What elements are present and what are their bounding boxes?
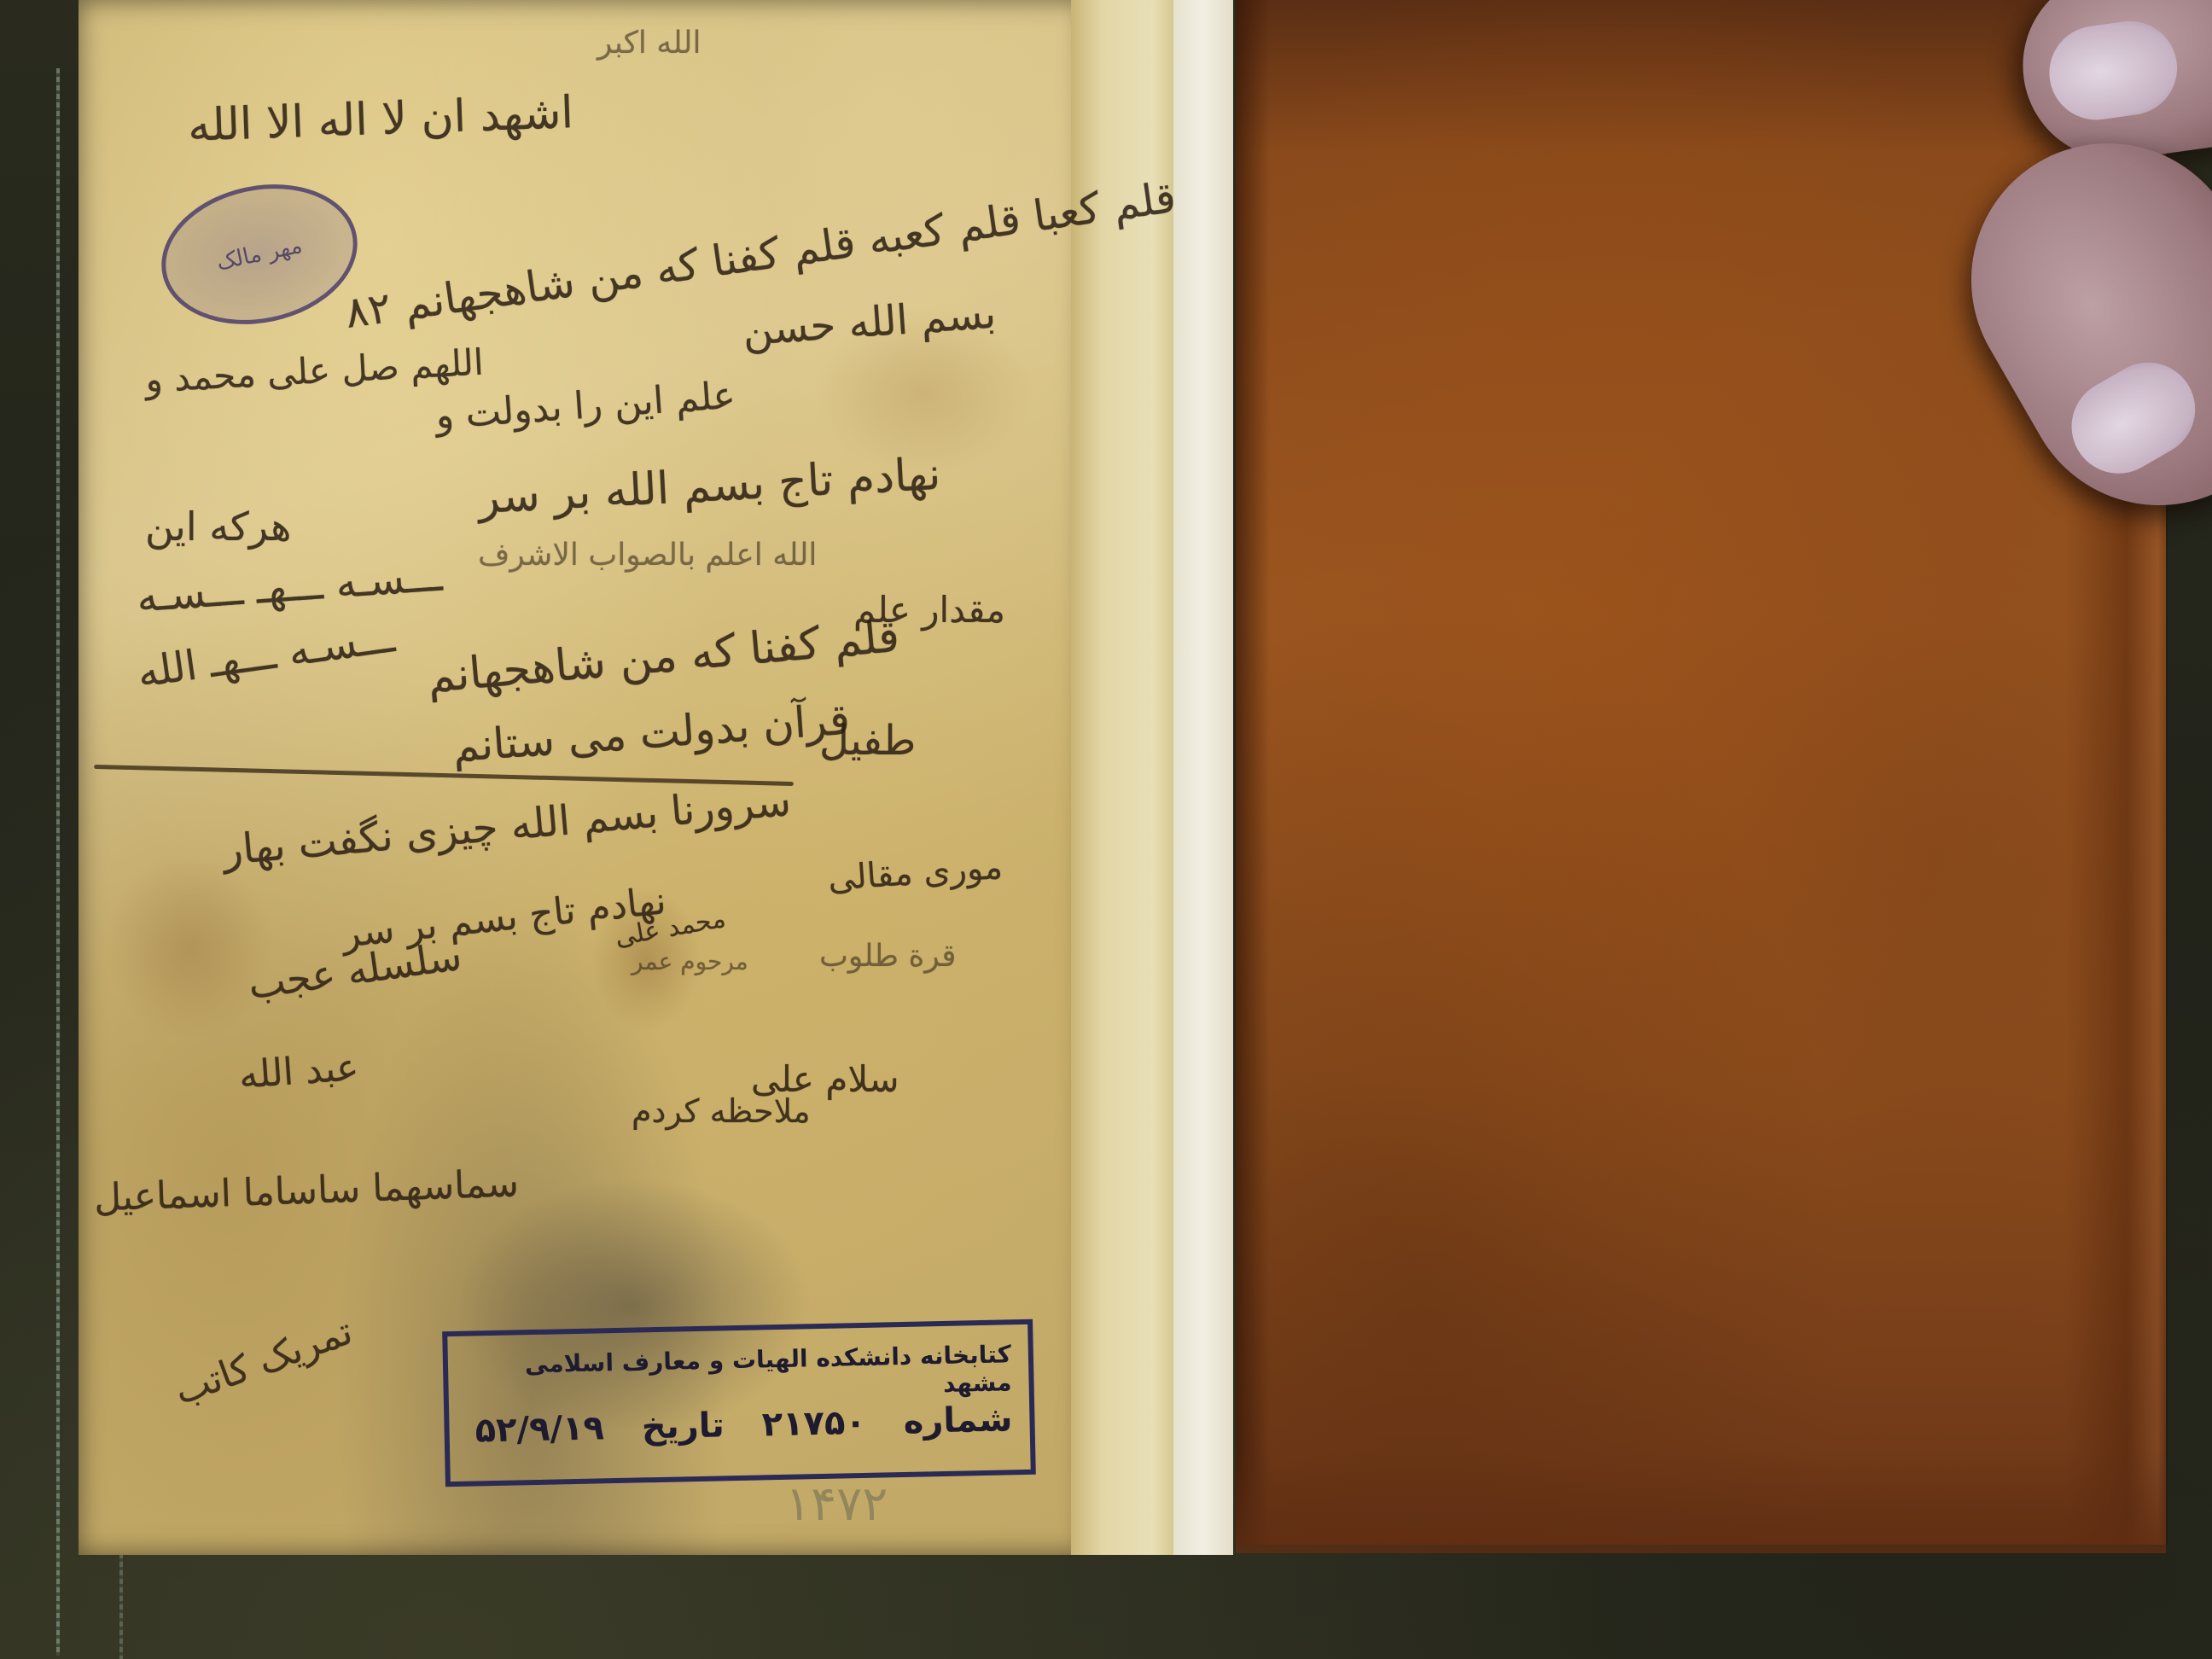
stamp-number-label: شماره xyxy=(903,1400,1013,1441)
note: قرة طلوب xyxy=(819,939,956,974)
fingernail xyxy=(2043,15,2183,126)
stamp-accession-line: شماره ۲۱۷۵۰ تاریخ ۵۲/۹/۱۹ xyxy=(449,1400,1013,1451)
cover-shadow xyxy=(1236,0,1270,1545)
note: الله اعلم بالصواب الاشرف xyxy=(478,538,817,573)
stamp-number: ۲۱۷۵۰ xyxy=(761,1403,866,1445)
gutter-guard-strip xyxy=(1173,0,1233,1555)
stamp-library-name: کتابخانه دانشکده الهیات و معارف اسلامی م… xyxy=(448,1340,1012,1408)
note: ملاحظه کردم xyxy=(632,1092,811,1130)
top-note: الله اکبر xyxy=(597,26,701,61)
library-stamp: کتابخانه دانشکده الهیات و معارف اسلامی م… xyxy=(442,1319,1036,1487)
note: هرکه این xyxy=(145,504,291,550)
stamp-date-label: تاریخ xyxy=(641,1406,725,1447)
note: عبد الله xyxy=(237,1045,360,1097)
cloth-stitch-line xyxy=(119,1553,123,1659)
cloth-stitch-line xyxy=(56,68,60,1656)
cover-bottom-band xyxy=(1236,1451,2166,1553)
stamp-date: ۵۲/۹/۱۹ xyxy=(474,1408,604,1450)
note: طفیل xyxy=(819,717,916,765)
seal-text: مهر مالک xyxy=(214,233,304,275)
pencil-shelf-number: ۱۴۷۲ xyxy=(785,1476,888,1532)
note: مرحوم عمر xyxy=(632,947,748,975)
fingernail xyxy=(2054,346,2212,491)
stain xyxy=(104,853,275,1041)
